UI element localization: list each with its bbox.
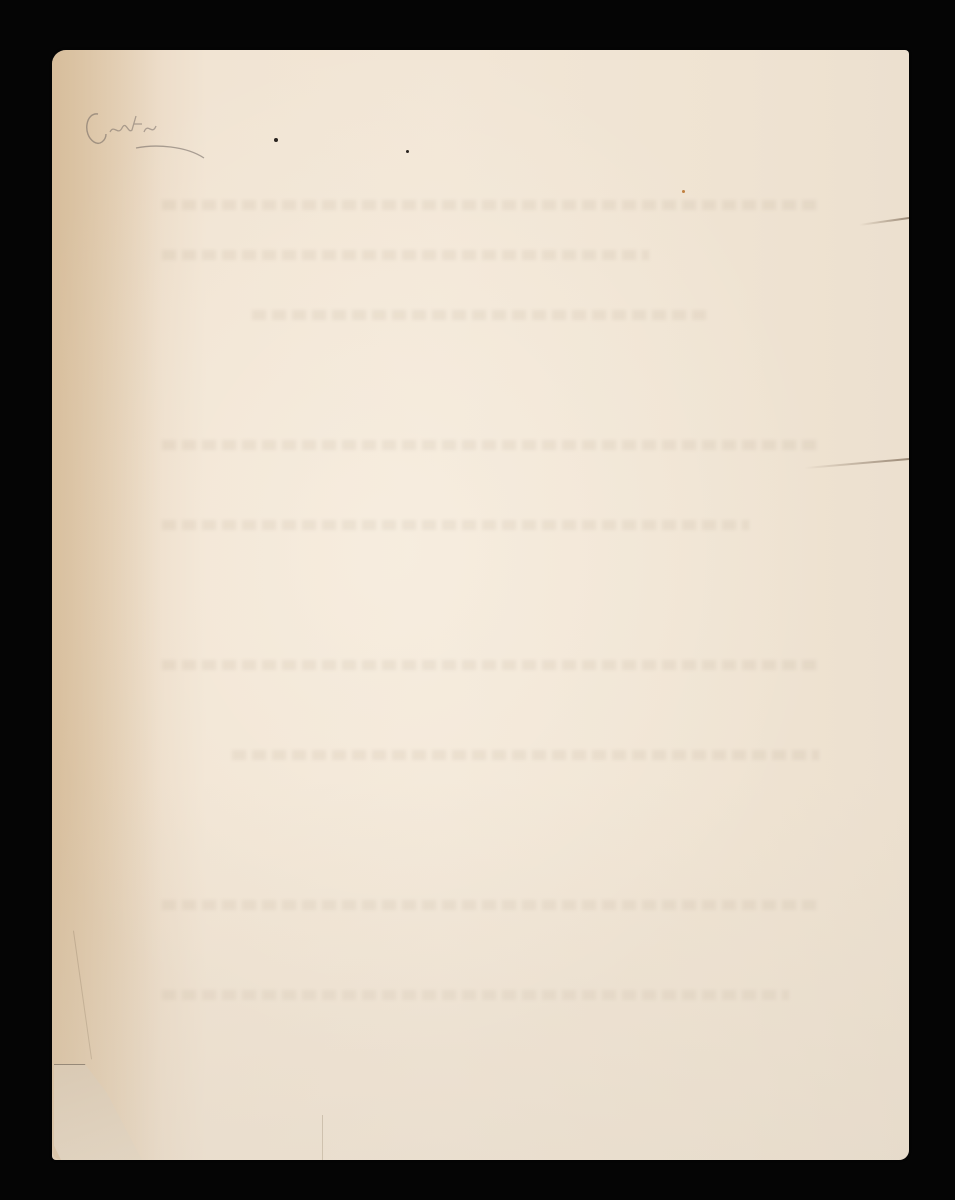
show-through-line — [232, 750, 819, 760]
paper-sheet — [52, 50, 909, 1160]
show-through-line — [162, 440, 819, 450]
handwriting-scrawl-icon — [76, 94, 206, 164]
pencil-handwriting — [76, 94, 206, 154]
show-through-line — [162, 900, 819, 910]
edge-tear — [859, 217, 909, 226]
edge-crease — [73, 931, 92, 1060]
ink-speck — [682, 190, 685, 193]
ink-speck — [274, 138, 278, 142]
show-through-line — [162, 660, 819, 670]
show-through-line — [162, 990, 789, 1000]
edge-tear — [804, 458, 909, 469]
ink-speck — [406, 150, 409, 153]
edge-crease — [322, 1115, 323, 1160]
show-through-line — [162, 250, 649, 260]
show-through-line — [162, 200, 819, 210]
show-through-line — [162, 520, 749, 530]
show-through-line — [252, 310, 709, 320]
damaged-corner — [54, 1064, 142, 1160]
